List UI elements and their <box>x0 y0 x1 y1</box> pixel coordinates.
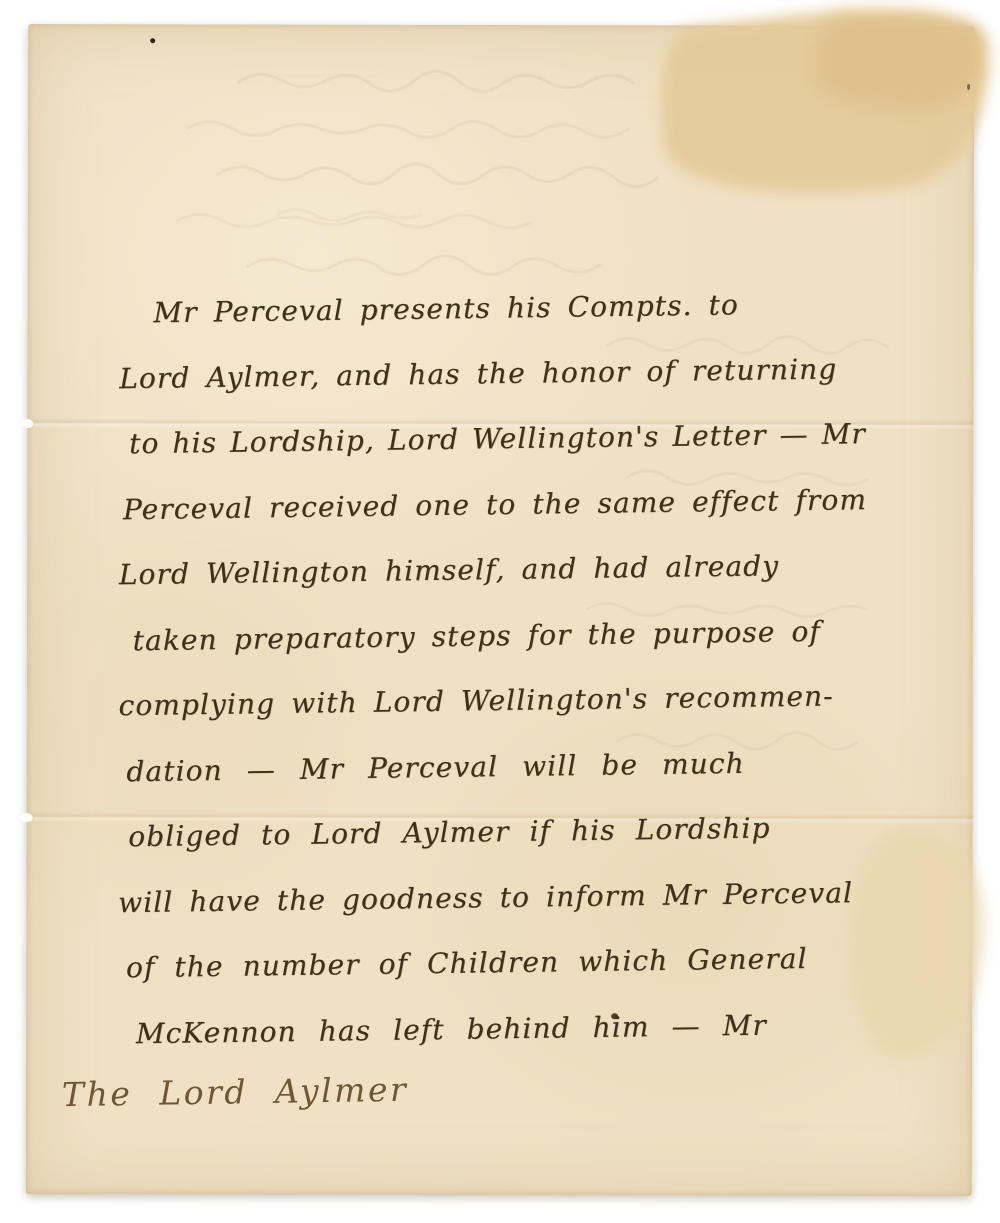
letter-line-5: Lord Wellington himself, and had already <box>119 547 920 623</box>
letter-line-7: complying with Lord Wellington's recomme… <box>118 678 919 754</box>
ink-speck <box>967 84 970 90</box>
letter-line-9: obliged to Lord Aylmer if his Lordship <box>128 809 919 885</box>
letter-line-10: will have the goodness to inform Mr Perc… <box>118 875 919 951</box>
letter-line-1: Mr Perceval presents his Compts. to <box>153 286 920 362</box>
fold-notch-upper <box>21 419 33 428</box>
fold-notch-lower <box>21 813 33 822</box>
letter-body: Mr Perceval presents his Compts. to Lord… <box>118 296 920 1084</box>
letter-line-2: Lord Aylmer, and has the honor of return… <box>119 351 920 427</box>
letter-line-4: Perceval received one to the same effect… <box>123 482 920 558</box>
letter-line-11: of the number of Children which General <box>126 940 919 1016</box>
letter-line-6: taken preparatory steps for the purpose … <box>132 613 919 689</box>
stain-top-right <box>650 0 1000 216</box>
letter-paper: Mr Perceval presents his Compts. to Lord… <box>26 24 974 1196</box>
ink-speck <box>150 38 155 43</box>
address-line: The Lord Aylmer <box>62 1070 409 1114</box>
letter-line-12: McKennon has left behind him — Mr <box>136 1006 919 1082</box>
stain-top-corner <box>814 16 984 111</box>
letter-line-8: dation — Mr Perceval will be much <box>126 744 919 820</box>
letter-photograph: Mr Perceval presents his Compts. to Lord… <box>0 0 1000 1223</box>
letter-line-3: to his Lordship, Lord Wellington's Lette… <box>129 416 920 492</box>
